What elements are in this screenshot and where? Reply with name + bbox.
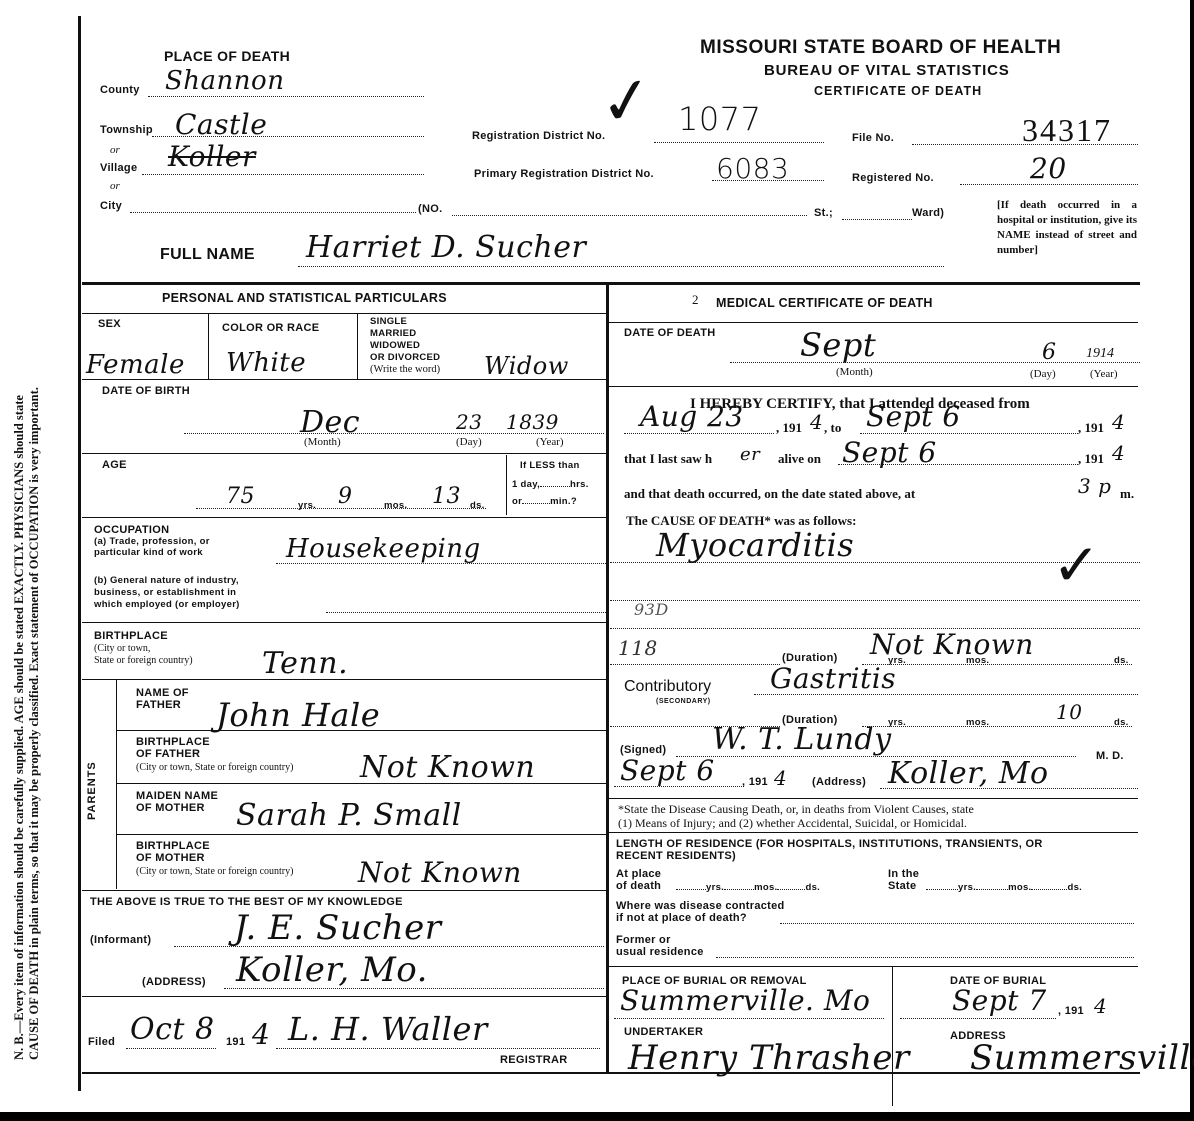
attended-to-year[interactable]: 4 [1112, 410, 1125, 434]
township-label: Township [100, 124, 153, 136]
village-value[interactable]: Koller [168, 140, 256, 173]
filed-year-prefix: 191 [226, 1036, 245, 1048]
former-residence-line[interactable] [716, 957, 1134, 958]
signed-year-prefix: , 191 [742, 776, 768, 788]
divider [506, 455, 507, 515]
father-name-label: NAME OF FATHER [136, 687, 189, 711]
at-place-mos: mos. [754, 882, 777, 893]
divider [82, 313, 606, 314]
physician-address-value[interactable]: Koller, Mo [888, 756, 1049, 791]
contributory-value[interactable]: Gastritis [770, 662, 896, 695]
divider [116, 834, 606, 835]
registered-number-label: Registered No. [852, 172, 934, 184]
to-label: , to [824, 420, 841, 436]
or-label-2: or [110, 180, 120, 192]
side-note-instructions: N. B.—Every item of information should b… [12, 40, 42, 1060]
city-label: City [100, 200, 122, 212]
minutes-line[interactable] [522, 503, 550, 504]
contracted-2: if not at place of death? [616, 912, 785, 924]
occ-b-line2: business, or establishment in [94, 587, 240, 599]
former-1: Former or [616, 934, 704, 946]
registrar-label: REGISTRAR [500, 1054, 567, 1066]
divider [608, 798, 1138, 799]
primary-district-label: Primary Registration District No. [474, 168, 654, 180]
medical-title: MEDICAL CERTIFICATE OF DEATH [716, 296, 933, 310]
township-value[interactable]: Castle [175, 108, 267, 141]
residence-title: LENGTH OF RESIDENCE (FOR HOSPITALS, INST… [616, 838, 1043, 862]
filed-label: Filed [88, 1036, 115, 1048]
father-birthplace-value[interactable]: Not Known [360, 750, 535, 785]
divider [116, 730, 606, 731]
age-days[interactable]: 13 [432, 484, 461, 509]
cause-checkmark-icon: ✓ [1052, 536, 1101, 594]
marital-option-widowed: WIDOWED [370, 340, 440, 352]
divider [82, 622, 606, 623]
mother-label-2: OF MOTHER [136, 802, 218, 814]
contracted-line[interactable] [780, 923, 1134, 924]
in-state-yrs: yrs. [958, 882, 976, 893]
dod-day[interactable]: 6 [1042, 340, 1057, 365]
county-label: County [100, 84, 140, 96]
divider [892, 966, 893, 1106]
signed-year-value[interactable]: 4 [774, 766, 787, 790]
full-name-line [298, 266, 944, 267]
burial-date-value[interactable]: Sept 7 [952, 984, 1047, 1017]
at-place-mos-line[interactable] [724, 889, 754, 890]
divider [608, 322, 1138, 323]
informant-address-label: (ADDRESS) [142, 976, 206, 988]
divider [82, 379, 606, 380]
burial-place-value[interactable]: Summerville. Mo [620, 984, 870, 1017]
birthplace-hint: (City or town, State or foreign country) [94, 643, 193, 667]
dod-label: DATE OF DEATH [624, 327, 716, 339]
bureau-title: BUREAU OF VITAL STATISTICS [764, 62, 1010, 79]
dod-line [730, 362, 1140, 363]
dob-day[interactable]: 23 [456, 410, 482, 434]
attended-to-value[interactable]: Sept 6 [866, 400, 961, 433]
divider [116, 679, 117, 889]
at-place-ds-line[interactable] [777, 889, 805, 890]
occ-a-line1: (a) Trade, profession, or [94, 536, 210, 547]
divider [357, 313, 358, 379]
divider [608, 832, 1138, 833]
cause-line-2 [610, 600, 1140, 601]
dod-month[interactable]: Sept [800, 326, 876, 364]
mother-bp-label-1: BIRTHPLACE [136, 840, 210, 852]
marital-option-single: SINGLE [370, 316, 440, 328]
race-label: COLOR OR RACE [222, 322, 319, 334]
board-title: MISSOURI STATE BOARD OF HEALTH [700, 37, 1061, 59]
contrib-days-value[interactable]: 10 [1056, 700, 1082, 724]
divider [82, 517, 606, 518]
father-birthplace-hint: (City or town, State or foreign country) [136, 762, 293, 773]
birthplace-label: BIRTHPLACE [94, 630, 168, 642]
right-edge [1190, 0, 1194, 1121]
father-label-2: FATHER [136, 699, 189, 711]
street-label: St.; [814, 207, 833, 219]
duration-pre-line [610, 664, 780, 665]
marital-option-married: MARRIED [370, 328, 440, 340]
age-years[interactable]: 75 [226, 484, 255, 509]
occ-b-line1: (b) General nature of industry, [94, 575, 240, 587]
less-than-hours: 1 day,hrs. [512, 479, 589, 490]
side-note-line-2: CAUSE OF DEATH in plain terms, so that i… [27, 40, 42, 1060]
cause-code-1: 93D [634, 600, 669, 619]
mother-birthplace-value[interactable]: Not Known [358, 856, 522, 889]
mother-birthplace-label: BIRTHPLACE OF MOTHER [136, 840, 210, 864]
mother-bp-label-2: OF MOTHER [136, 852, 210, 864]
divider [608, 386, 1138, 387]
in-state-mos-line[interactable] [976, 889, 1008, 890]
informant-value[interactable]: J. E. Sucher [234, 908, 442, 948]
hrs-label: hrs. [570, 479, 589, 490]
father-bp-label-2: OF FATHER [136, 748, 210, 760]
occupation-a-value[interactable]: Housekeeping [286, 534, 481, 564]
in-state-mos: mos. [1008, 882, 1031, 893]
filed-date-value[interactable]: Oct 8 [130, 1012, 215, 1047]
birthplace-hint-1: (City or town, [94, 643, 193, 655]
dob-label: DATE OF BIRTH [102, 385, 190, 397]
marital-option-divorced: OR DIVORCED [370, 352, 440, 364]
sex-label: SEX [98, 318, 121, 330]
mother-birthplace-hint: (City or town, State or foreign country) [136, 866, 293, 877]
burial-place-line [614, 1018, 884, 1019]
father-birthplace-label: BIRTHPLACE OF FATHER [136, 736, 210, 760]
occurred-text: and that death occurred, on the date sta… [624, 486, 915, 502]
occupation-b-label: (b) General nature of industry, business… [94, 575, 240, 611]
divider [82, 679, 606, 680]
file-number-label: File No. [852, 132, 894, 144]
primary-district-value[interactable]: 6083 [716, 152, 789, 185]
parents-label: PARENTS [86, 761, 98, 820]
dod-month-caption: (Month) [836, 366, 873, 378]
hospital-note: [If death occurred in a hospital or inst… [997, 198, 1137, 258]
hours-line[interactable] [540, 486, 570, 487]
age-label: AGE [102, 459, 127, 471]
birthplace-hint-2: State or foreign country) [94, 655, 193, 667]
md-label: M. D. [1096, 750, 1124, 762]
in-state-fields: yrs.mos.ds. [926, 882, 1082, 893]
marital-options: SINGLE MARRIED WIDOWED OR DIVORCED [370, 316, 440, 364]
in-state-yrs-line[interactable] [926, 889, 958, 890]
in-state-label: In the State [888, 868, 919, 892]
village-line [142, 174, 424, 175]
registration-district-line [654, 142, 824, 143]
registered-number-value[interactable]: 20 [1030, 152, 1067, 185]
at-place-2: of death [616, 880, 661, 892]
checkmark-icon: ✓ [596, 67, 658, 138]
in-state-1: In the [888, 868, 919, 880]
side-note-line-1: N. B.—Every item of information should b… [12, 40, 27, 1060]
signed-date-value[interactable]: Sept 6 [620, 754, 715, 787]
certificate-title: CERTIFICATE OF DEATH [814, 84, 982, 98]
occupation-a-label: (a) Trade, profession, or particular kin… [94, 536, 210, 558]
residence-title-1: LENGTH OF RESIDENCE (FOR HOSPITALS, INST… [616, 838, 1043, 850]
cause-code-2: 118 [618, 636, 658, 660]
village-label: Village [100, 162, 137, 174]
divider [208, 313, 209, 379]
secondary-label: (SECONDARY) [656, 698, 711, 705]
attended-from-year[interactable]: 4 [810, 410, 823, 434]
ward-line[interactable] [842, 219, 912, 220]
center-divider [606, 284, 609, 1074]
occupation-label: OCCUPATION [94, 524, 169, 536]
informant-address-value[interactable]: Koller, Mo. [236, 950, 428, 990]
city-line[interactable] [130, 212, 416, 213]
or-label: or [512, 496, 522, 507]
duration-mos-label: mos. [966, 655, 989, 666]
street-line[interactable] [452, 215, 807, 216]
residence-title-2: RECENT RESIDENTS) [616, 850, 1043, 862]
contracted-label: Where was disease contracted if not at p… [616, 900, 785, 924]
divider [82, 996, 606, 997]
occ-b-line3: which employed (or employer) [94, 599, 240, 611]
registration-district-label: Registration District No. [472, 130, 605, 142]
dod-day-caption: (Day) [1030, 368, 1056, 380]
father-label-1: NAME OF [136, 687, 189, 699]
former-2: usual residence [616, 946, 704, 958]
age-months[interactable]: 9 [338, 484, 353, 509]
year-caption: (Year) [536, 436, 564, 448]
medical-mark: 2 [692, 292, 699, 308]
footnote-line-1: *State the Disease Causing Death, or, in… [618, 802, 974, 816]
burial-date-line [900, 1018, 1056, 1019]
last-saw-date[interactable]: Sept 6 [842, 436, 937, 469]
divider [82, 890, 606, 891]
time-suffix: m. [1120, 486, 1134, 502]
less-than-label: If LESS than [520, 460, 580, 471]
last-saw-label: that I last saw h [624, 451, 712, 467]
dob-month[interactable]: Dec [300, 405, 360, 440]
contrib-ds-label: ds. [1114, 717, 1129, 728]
contributory-label: Contributory [624, 678, 711, 696]
at-place-label: At place of death [616, 868, 661, 892]
father-name-value[interactable]: John Hale [216, 696, 380, 734]
attestation-text: THE ABOVE IS TRUE TO THE BEST OF MY KNOW… [90, 896, 403, 908]
informant-label: (Informant) [90, 934, 151, 946]
place-of-death-title: PLACE OF DEATH [164, 48, 290, 64]
registrar-line [276, 1048, 600, 1049]
birthplace-value[interactable]: Tenn. [262, 646, 348, 681]
dod-year-caption: (Year) [1090, 368, 1118, 380]
divider [116, 783, 606, 784]
at-place-1: At place [616, 868, 661, 880]
mother-label-1: MAIDEN NAME [136, 790, 218, 802]
last-saw-year-prefix: , 191 [1078, 451, 1104, 467]
filed-date-line [126, 1048, 216, 1049]
signed-value[interactable]: W. T. Lundy [712, 722, 892, 757]
left-border [78, 16, 81, 1091]
attended-from-year-prefix: , 191 [776, 420, 802, 436]
footnote: *State the Disease Causing Death, or, in… [618, 802, 974, 830]
undertaker-label: UNDERTAKER [624, 1026, 703, 1038]
divider [608, 966, 1138, 967]
at-place-yrs-line[interactable] [676, 889, 706, 890]
former-residence-label: Former or usual residence [616, 934, 704, 958]
attended-from-line [624, 433, 774, 434]
mother-name-value[interactable]: Sarah P. Small [236, 798, 462, 833]
file-number-value[interactable]: 34317 [1022, 112, 1112, 149]
at-place-yrs: yrs. [706, 882, 724, 893]
undertaker-address-value[interactable]: Summersville [970, 1038, 1194, 1078]
dob-year[interactable]: 1839 [506, 410, 559, 434]
contrib-mos-label: mos. [966, 717, 989, 728]
month-caption: (Month) [304, 436, 341, 448]
race-value[interactable]: White [226, 348, 306, 378]
father-bp-label-1: BIRTHPLACE [136, 736, 210, 748]
attended-from-value[interactable]: Aug 23 [640, 400, 744, 433]
registration-district-value[interactable]: 1077 [678, 100, 761, 138]
occ-a-line2: particular kind of work [94, 547, 210, 558]
burial-year-prefix: , 191 [1058, 1005, 1084, 1017]
time-value[interactable]: 3 p [1078, 474, 1111, 498]
dod-year[interactable]: 1914 [1086, 346, 1114, 362]
registrar-signature[interactable]: L. H. Waller [288, 1010, 488, 1048]
in-state-ds: ds. [1067, 882, 1082, 893]
age-ds-label: ds. [470, 500, 485, 511]
last-saw-pronoun[interactable]: er [740, 444, 760, 465]
sex-value[interactable]: Female [86, 350, 185, 380]
mother-name-label: MAIDEN NAME OF MOTHER [136, 790, 218, 814]
ward-label: Ward) [912, 207, 944, 219]
at-place-ds: ds. [805, 882, 820, 893]
age-yrs-label: yrs. [298, 500, 316, 511]
contracted-1: Where was disease contracted [616, 900, 785, 912]
street-number-label: (NO. [418, 203, 442, 215]
full-name-label: FULL NAME [160, 246, 255, 264]
day-caption: (Day) [456, 436, 482, 448]
min-label: min.? [550, 496, 577, 507]
marital-hint: (Write the word) [370, 364, 440, 375]
at-place-fields: yrs.mos.ds. [676, 882, 820, 893]
in-state-2: State [888, 880, 919, 892]
divider [82, 453, 606, 454]
footnote-line-2: (1) Means of Injury; and (2) whether Acc… [618, 816, 974, 830]
full-name-value[interactable]: Harriet D. Sucher [306, 230, 586, 265]
less-than-minutes: ormin.? [512, 496, 577, 507]
personal-title: PERSONAL AND STATISTICAL PARTICULARS [162, 291, 447, 305]
age-mos-label: mos. [384, 500, 407, 511]
marital-value[interactable]: Widow [484, 352, 569, 380]
less-than-day: 1 day, [512, 479, 540, 490]
alive-on-label: alive on [778, 451, 821, 467]
duration-ds-label: ds. [1114, 655, 1129, 666]
county-line [148, 96, 424, 97]
occupation-b-line[interactable] [326, 612, 606, 613]
undertaker-value[interactable]: Henry Thrasher [628, 1038, 910, 1078]
bottom-edge [0, 1112, 1194, 1121]
filed-year-value[interactable]: 4 [252, 1018, 270, 1051]
section-top-border [82, 282, 1140, 285]
attended-to-year-prefix: , 191 [1078, 420, 1104, 436]
burial-year-value[interactable]: 4 [1094, 994, 1107, 1018]
in-state-ds-line[interactable] [1031, 889, 1067, 890]
last-saw-year[interactable]: 4 [1112, 441, 1125, 465]
physician-address-label: (Address) [812, 776, 866, 788]
or-label-1: or [110, 144, 120, 156]
county-value[interactable]: Shannon [165, 66, 284, 96]
attended-to-line [860, 433, 1078, 434]
cause-value[interactable]: Myocarditis [656, 526, 854, 564]
